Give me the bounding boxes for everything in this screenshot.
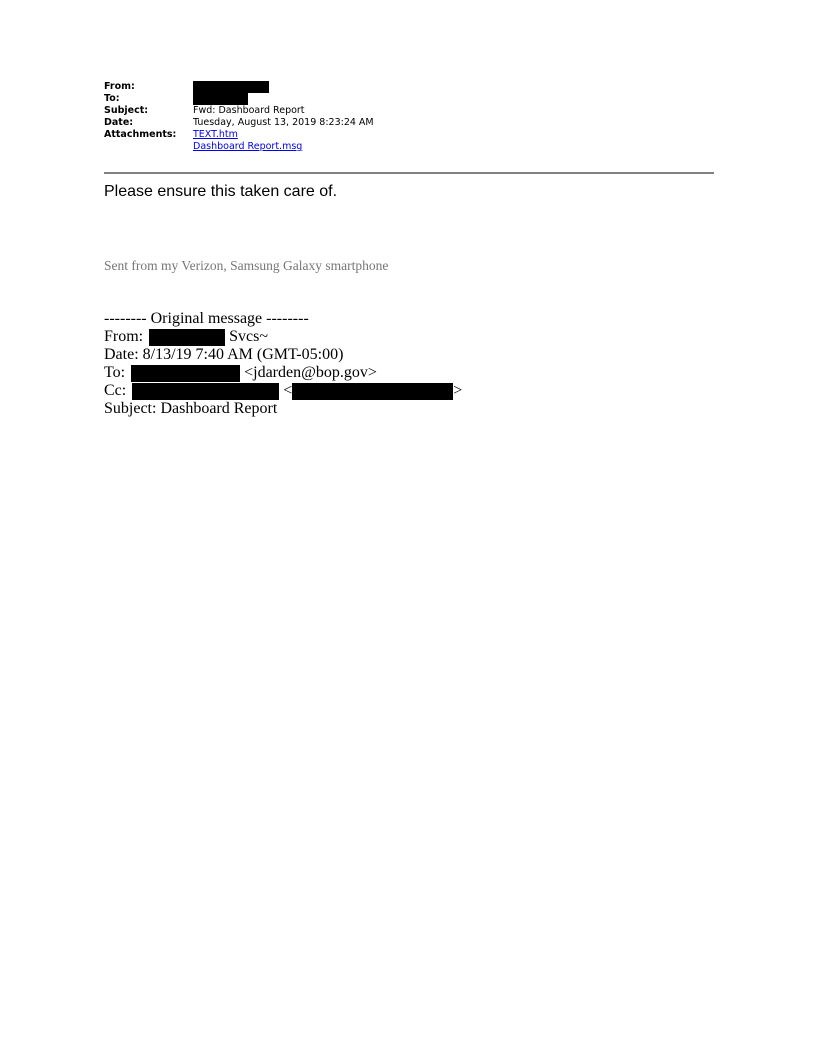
header-divider [104, 172, 714, 174]
cc-close-bracket: > [453, 382, 462, 399]
original-to-email: <jdarden@bop.gov> [244, 364, 377, 381]
message-body: Please ensure this taken care of. [104, 183, 337, 201]
header-attachments-row-2: Dashboard Report.msg [104, 141, 374, 153]
redacted-cc-name [132, 383, 279, 400]
redacted-original-recipient [131, 365, 240, 382]
to-label: To: [104, 93, 193, 105]
subject-value: Fwd: Dashboard Report [193, 105, 305, 117]
redacted-original-sender [149, 329, 225, 346]
original-message-separator: -------- Original message -------- [104, 310, 462, 328]
header-from-row: From: [104, 81, 374, 93]
email-header: From: To: Subject: Fwd: Dashboard Report… [104, 81, 374, 153]
header-attachments-row: Attachments: TEXT.htm [104, 129, 374, 141]
mobile-signature: Sent from my Verizon, Samsung Galaxy sma… [104, 258, 388, 274]
redacted-recipient [193, 93, 248, 105]
original-from-label: From: [104, 328, 143, 345]
redacted-cc-email [292, 383, 453, 400]
subject-label: Subject: [104, 105, 193, 117]
redacted-sender [193, 81, 269, 93]
original-to-line: To: <jdarden@bop.gov> [104, 364, 462, 382]
original-cc-line: Cc: <> [104, 382, 462, 400]
header-to-row: To: [104, 93, 374, 105]
original-from-suffix: Svcs~ [229, 328, 268, 345]
original-message: -------- Original message -------- From:… [104, 310, 462, 418]
header-subject-row: Subject: Fwd: Dashboard Report [104, 105, 374, 117]
original-from-line: From: Svcs~ [104, 328, 462, 346]
original-to-label: To: [104, 364, 125, 381]
date-value: Tuesday, August 13, 2019 8:23:24 AM [193, 117, 374, 129]
attachment-link-text-htm[interactable]: TEXT.htm [193, 129, 238, 141]
original-subject-line: Subject: Dashboard Report [104, 400, 462, 418]
header-date-row: Date: Tuesday, August 13, 2019 8:23:24 A… [104, 117, 374, 129]
date-label: Date: [104, 117, 193, 129]
attachments-label: Attachments: [104, 129, 193, 141]
from-label: From: [104, 81, 193, 93]
original-date-line: Date: 8/13/19 7:40 AM (GMT-05:00) [104, 346, 462, 364]
cc-open-bracket: < [283, 382, 292, 399]
attachment-link-dashboard-report-msg[interactable]: Dashboard Report.msg [193, 141, 302, 153]
original-cc-label: Cc: [104, 382, 126, 399]
